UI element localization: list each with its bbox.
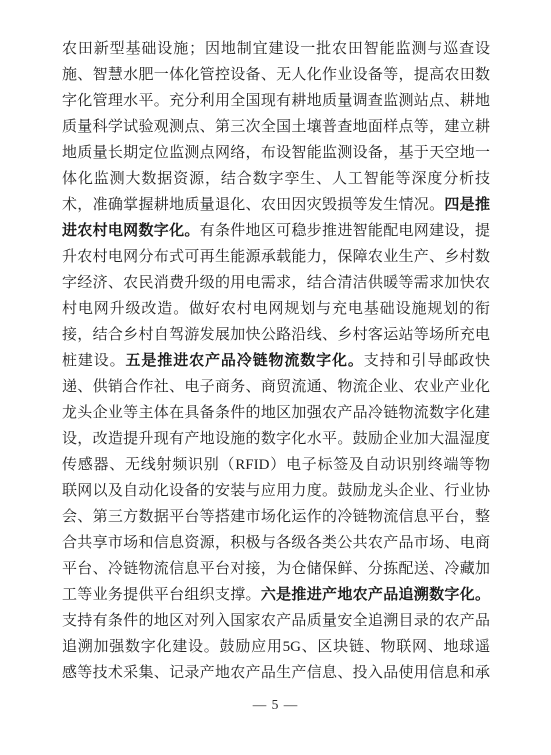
text-run: 递、供销合作社、电子商务、商贸流通、物流企业、农业产业化 [62,379,490,395]
text-run: 支持和引导邮政快 [364,353,490,369]
text-line: 字化管理水平。充分利用全国现有耕地质量调查监测站点、耕地 [62,88,490,114]
text-line: 质量科学试验观测点、第三次全国土壤普查地面样点等，建立耕 [62,114,490,140]
text-run: 地质量长期定位监测点网络，布设智能监测设备，基于天空地一 [62,145,490,161]
text-line: 术，准确掌握耕地质量退化、农田因灾毁损等发生情况。四是推 [62,192,490,218]
text-run: 工等业务提供平台组织支撑。 [62,587,261,603]
body-text: 农田新型基础设施；因地制宜建设一批农田智能监测与巡查设施、智慧水肥一体化管控设备… [62,36,490,686]
text-run: 联网以及自动化设备的安装与应用力度。鼓励龙头企业、行业协 [62,483,490,499]
bold-text-run: 四是推 [444,197,490,213]
page-number: — 5 — [253,697,299,712]
text-run: 平台、冷链物流信息平台对接，为仓储保鲜、分拣配送、冷藏加 [62,561,490,577]
text-run: 施、智慧水肥一体化管控设备、无人化作业设备等，提高农田数 [62,67,490,83]
text-line: 合共享市场和信息资源，积极与各级各类公共农产品市场、电商 [62,530,490,556]
text-run: 感等技术采集、记录产地农产品生产信息、投入品使用信息和承 [62,665,490,681]
text-run: 合共享市场和信息资源，积极与各级各类公共农产品市场、电商 [62,535,490,551]
text-line: 进农村电网数字化。有条件地区可稳步推进智能配电网建设，提 [62,218,490,244]
text-line: 地质量长期定位监测点网络，布设智能监测设备，基于天空地一 [62,140,490,166]
text-line: 平台、冷链物流信息平台对接，为仓储保鲜、分拣配送、冷藏加 [62,556,490,582]
text-line: 传感器、无线射频识别（RFID）电子标签及自动识别终端等物 [62,452,490,478]
text-run: 追溯加强数字化建设。鼓励应用5G、区块链、物联网、地球遥 [62,639,490,655]
text-run: 体化监测大数据资源，结合数字孪生、人工智能等深度分析技 [62,171,490,187]
text-line: 会、第三方数据平台等搭建市场化运作的冷链物流信息平台，整 [62,504,490,530]
text-run: 农田新型基础设施；因地制宜建设一批农田智能监测与巡查设 [62,41,490,57]
text-line: 递、供销合作社、电子商务、商贸流通、物流企业、农业产业化 [62,374,490,400]
text-run: 质量科学试验观测点、第三次全国土壤普查地面样点等，建立耕 [62,119,490,135]
text-run: 会、第三方数据平台等搭建市场化运作的冷链物流信息平台，整 [62,509,490,525]
page-footer: — 5 — [0,696,551,714]
text-line: 感等技术采集、记录产地农产品生产信息、投入品使用信息和承 [62,660,490,686]
bold-text-run: 进农村电网数字化。 [62,223,200,239]
text-run: 字化管理水平。充分利用全国现有耕地质量调查监测站点、耕地 [62,93,490,109]
text-line: 接，结合乡村自驾游发展加快公路沿线、乡村客运站等场所充电 [62,322,490,348]
text-line: 桩建设。五是推进农产品冷链物流数字化。支持和引导邮政快 [62,348,490,374]
bold-text-run: 六是推进产地农产品追溯数字化。 [261,587,490,603]
text-line: 追溯加强数字化建设。鼓励应用5G、区块链、物联网、地球遥 [62,634,490,660]
bold-text-run: 五是推进农产品冷链物流数字化。 [126,353,364,369]
text-run: 支持有条件的地区对列入国家农产品质量安全追溯目录的农产品 [62,613,490,629]
text-run: 设，改造提升现有产地设施的数字化水平。鼓励企业加大温湿度 [62,431,490,447]
text-line: 龙头企业等主体在具备条件的地区加强农产品冷链物流数字化建 [62,400,490,426]
text-run: 传感器、无线射频识别（RFID）电子标签及自动识别终端等物 [62,457,490,473]
document-page: 农田新型基础设施；因地制宜建设一批农田智能监测与巡查设施、智慧水肥一体化管控设备… [0,0,551,755]
text-line: 升农村电网分布式可再生能源承载能力，保障农业生产、乡村数 [62,244,490,270]
text-run: 桩建设。 [62,353,126,369]
text-run: 字经济、农民消费升级的用电需求，结合清洁供暖等需求加快农 [62,275,490,291]
text-line: 设，改造提升现有产地设施的数字化水平。鼓励企业加大温湿度 [62,426,490,452]
text-line: 村电网升级改造。做好农村电网规划与充电基础设施规划的衔 [62,296,490,322]
text-line: 农田新型基础设施；因地制宜建设一批农田智能监测与巡查设 [62,36,490,62]
text-run: 龙头企业等主体在具备条件的地区加强农产品冷链物流数字化建 [62,405,490,421]
text-line: 体化监测大数据资源，结合数字孪生、人工智能等深度分析技 [62,166,490,192]
text-run: 术，准确掌握耕地质量退化、农田因灾毁损等发生情况。 [62,197,444,213]
text-run: 接，结合乡村自驾游发展加快公路沿线、乡村客运站等场所充电 [62,327,490,343]
text-line: 支持有条件的地区对列入国家农产品质量安全追溯目录的农产品 [62,608,490,634]
text-line: 工等业务提供平台组织支撑。六是推进产地农产品追溯数字化。 [62,582,490,608]
text-line: 联网以及自动化设备的安装与应用力度。鼓励龙头企业、行业协 [62,478,490,504]
text-line: 施、智慧水肥一体化管控设备、无人化作业设备等，提高农田数 [62,62,490,88]
text-line: 字经济、农民消费升级的用电需求，结合清洁供暖等需求加快农 [62,270,490,296]
text-run: 村电网升级改造。做好农村电网规划与充电基础设施规划的衔 [62,301,490,317]
text-run: 有条件地区可稳步推进智能配电网建设，提 [200,223,490,239]
text-run: 升农村电网分布式可再生能源承载能力，保障农业生产、乡村数 [62,249,490,265]
